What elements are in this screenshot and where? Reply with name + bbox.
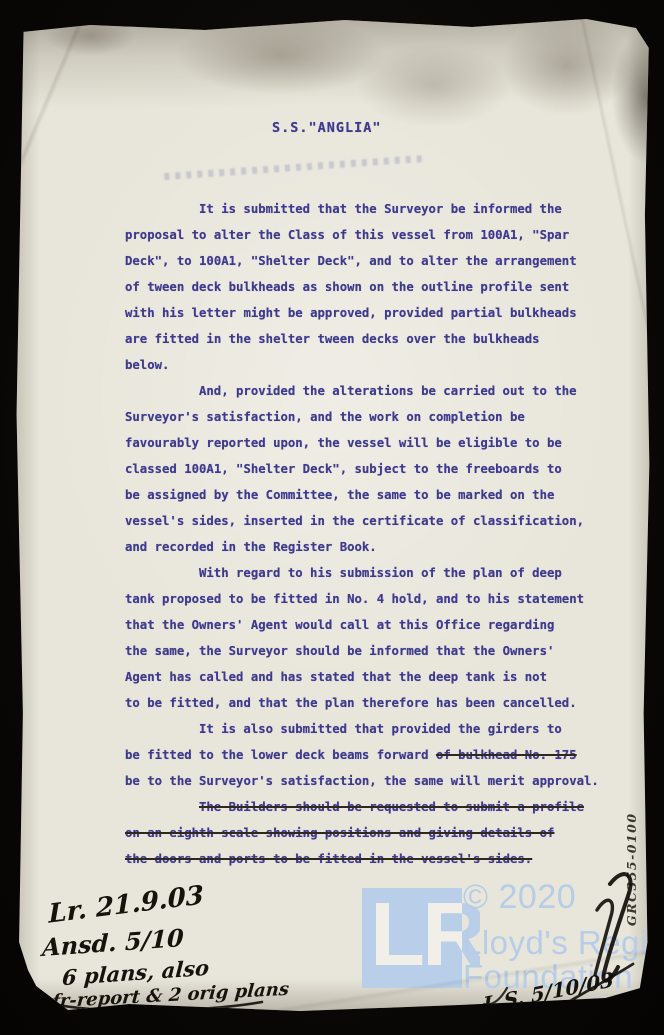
- typed-text: favourably reported upon, the vessel wil…: [125, 436, 562, 450]
- typed-lines: It is submitted that the Surveyor be inf…: [125, 196, 599, 872]
- document-paper: S.S."ANGLIA" It is submitted that the Su…: [14, 16, 650, 1012]
- typed-text: vessel's sides, inserted in the certific…: [125, 514, 584, 528]
- typed-line: on an eighth scale showing positions and…: [125, 820, 599, 846]
- typed-text: And, provided the alterations be carried…: [199, 384, 577, 398]
- typed-text: Agent has called and has stated that the…: [125, 670, 547, 684]
- struck-text: of bulkhead No. 175: [436, 748, 577, 762]
- archive-scan-stage: S.S."ANGLIA" It is submitted that the Su…: [0, 0, 664, 1035]
- ink-smudge: [164, 155, 426, 180]
- typed-text: be assigned by the Committee, the same t…: [125, 488, 554, 502]
- logo-letters-outer: LR: [370, 882, 480, 988]
- typed-text: Deck", to 100A1, "Shelter Deck", and to …: [125, 254, 577, 268]
- typed-line: be to the Surveyor's satisfaction, the s…: [125, 768, 599, 794]
- typed-line: the doors and ports to be fitted in the …: [125, 846, 599, 872]
- watermark-name: Lloyd's Register: [463, 924, 650, 962]
- document-title: S.S."ANGLIA": [272, 120, 382, 136]
- handwritten-note-answered: Ansd. 5/10: [42, 923, 185, 962]
- typed-text: It is submitted that the Surveyor be inf…: [199, 202, 562, 216]
- typed-text: Surveyor's satisfaction, and the work on…: [125, 410, 525, 424]
- typed-line: and recorded in the Register Book.: [125, 534, 599, 560]
- typed-line: proposal to alter the Class of this vess…: [125, 222, 599, 248]
- typed-line: below.: [125, 352, 599, 378]
- typed-text: of tween deck bulkheads as shown on the …: [125, 280, 569, 294]
- struck-text: the doors and ports to be fitted in the …: [125, 852, 532, 866]
- archive-reference-code: GRC355-0100: [624, 812, 639, 926]
- handwritten-signature-date: L.S. 5/10/03: [483, 967, 615, 1012]
- struck-text: The Builders should be requested to subm…: [199, 800, 584, 814]
- typed-line: vessel's sides, inserted in the certific…: [125, 508, 599, 534]
- typed-line: It is also submitted that provided the g…: [125, 716, 599, 742]
- typed-line: The Builders should be requested to subm…: [125, 794, 599, 820]
- typed-text: below.: [125, 358, 169, 372]
- typed-line: are fitted in the shelter tween decks ov…: [125, 326, 599, 352]
- typed-line: Deck", to 100A1, "Shelter Deck", and to …: [125, 248, 599, 274]
- typed-line: the same, the Surveyor should be informe…: [125, 638, 599, 664]
- typed-text: that the Owners' Agent would call at thi…: [125, 618, 554, 632]
- typed-text: and recorded in the Register Book.: [125, 540, 377, 554]
- typed-line: With regard to his submission of the pla…: [125, 560, 599, 586]
- typed-line: favourably reported upon, the vessel wil…: [125, 430, 599, 456]
- typed-text: It is also submitted that provided the g…: [199, 722, 562, 736]
- struck-text: on an eighth scale showing positions and…: [125, 826, 554, 840]
- typed-line: Surveyor's satisfaction, and the work on…: [125, 404, 599, 430]
- lloyds-register-logo-icon: LR LR: [362, 888, 480, 988]
- watermark-copyright: © 2020: [463, 878, 576, 917]
- typed-line: It is submitted that the Surveyor be inf…: [125, 196, 599, 222]
- typed-text: proposal to alter the Class of this vess…: [125, 228, 569, 242]
- typed-text: be fitted to the lower deck beams forwar…: [125, 748, 436, 762]
- typed-line: be fitted to the lower deck beams forwar…: [125, 742, 599, 768]
- typed-text: the same, the Surveyor should be informe…: [125, 644, 554, 658]
- typed-text: classed 100A1, "Shelter Deck", subject t…: [125, 462, 562, 476]
- typed-line: with his letter might be approved, provi…: [125, 300, 599, 326]
- typed-text: are fitted in the shelter tween decks ov…: [125, 332, 540, 346]
- typed-line: that the Owners' Agent would call at thi…: [125, 612, 599, 638]
- typed-text: With regard to his submission of the pla…: [199, 566, 562, 580]
- logo-square: [362, 888, 462, 988]
- typed-text: with his letter might be approved, provi…: [125, 306, 577, 320]
- typed-line: of tween deck bulkheads as shown on the …: [125, 274, 599, 300]
- typed-line: And, provided the alterations be carried…: [125, 378, 599, 404]
- typed-line: Agent has called and has stated that the…: [125, 664, 599, 690]
- typed-text: tank proposed to be fitted in No. 4 hold…: [125, 592, 584, 606]
- typed-line: be assigned by the Committee, the same t…: [125, 482, 599, 508]
- typed-line: tank proposed to be fitted in No. 4 hold…: [125, 586, 599, 612]
- typed-text: to be fitted, and that the plan therefor…: [125, 696, 577, 710]
- typed-text: be to the Surveyor's satisfaction, the s…: [125, 774, 599, 788]
- typed-line: to be fitted, and that the plan therefor…: [125, 690, 599, 716]
- typed-line: classed 100A1, "Shelter Deck", subject t…: [125, 456, 599, 482]
- logo-letters-inner: LR: [370, 882, 480, 988]
